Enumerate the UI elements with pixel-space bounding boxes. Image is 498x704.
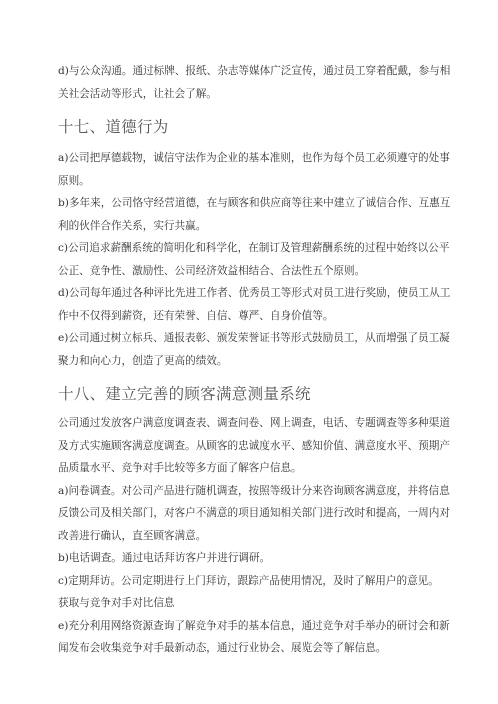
section-17-heading: 十七、道德行为 <box>58 115 444 139</box>
section-18-item-b: b)电话调查。通过电话拜访客户并进行调研。 <box>58 547 444 570</box>
text-line: 作中不仅得到薪资，还有荣誉、自信、尊严、自身价值等。 <box>58 305 444 328</box>
text-line: c)定期拜访。公司定期进行上门拜访，跟踪产品使用情况，及时了解用户的意见。 <box>58 570 444 593</box>
text-line: c)公司追求薪酬系统的简明化和科学化，在制订及管理薪酬系统的过程中始终以公平 <box>58 237 444 260</box>
text-line: 公司通过发放客户满意度调查表、调查问卷、网上调查，电话、专题调查等多种渠道 <box>58 412 444 435</box>
section-17-item-a: a)公司把厚德载物，诚信守法作为企业的基本准则，也作为每个员工必须遵守的处事 原… <box>58 147 444 192</box>
text-line: 公正、竞争性、激励性、公司经济效益相结合、合法性五个原则。 <box>58 260 444 283</box>
section-18-subheading: 获取与竞争对手对比信息 <box>58 592 444 615</box>
text-line: 品质量水平、竞争对手比较等多方面了解客户信息。 <box>58 457 444 480</box>
section-18-item-a: a)问卷调查。对公司产品进行随机调查，按照等级计分来咨询顾客满意度，并将信息 反… <box>58 480 444 548</box>
text-line: 利的伙伴合作关系，实行共赢。 <box>58 215 444 238</box>
section-18-item-e: e)充分利用网络资源查询了解竞争对手的基本信息，通过竞争对手举办的研讨会和新 闻… <box>58 615 444 660</box>
text-line: b)电话调查。通过电话拜访客户并进行调研。 <box>58 547 444 570</box>
text-line: 闻发布会收集竞争对手最新动态，通过行业协会、展览会等了解信息。 <box>58 637 444 660</box>
section-17-item-c: c)公司追求薪酬系统的简明化和科学化，在制订及管理薪酬系统的过程中始终以公平 公… <box>58 237 444 282</box>
section-18-item-c: c)定期拜访。公司定期进行上门拜访，跟踪产品使用情况，及时了解用户的意见。 <box>58 570 444 593</box>
document-page: d)与公众沟通。通过标牌、报纸、杂志等媒体广泛宣传，通过员工穿着配戴，参与相 关… <box>0 0 498 704</box>
document-content: d)与公众沟通。通过标牌、报纸、杂志等媒体广泛宣传，通过员工穿着配戴，参与相 关… <box>58 60 444 660</box>
section-17-item-d: d)公司每年通过各种评比先进工作者、优秀员工等形式对员工进行奖励，使员工从工 作… <box>58 282 444 327</box>
text-line: b)多年来，公司恪守经营道德，在与顾客和供应商等往来中建立了诚信合作、互惠互 <box>58 192 444 215</box>
section-17-item-b: b)多年来，公司恪守经营道德，在与顾客和供应商等往来中建立了诚信合作、互惠互 利… <box>58 192 444 237</box>
text-line: 及方式实施顾客满意度调查。从顾客的忠诚度水平、感知价值、满意度水平、预期产 <box>58 435 444 458</box>
intro-paragraph: d)与公众沟通。通过标牌、报纸、杂志等媒体广泛宣传，通过员工穿着配戴，参与相 关… <box>58 60 444 105</box>
section-18-heading: 十八、建立完善的顾客满意测量系统 <box>58 382 444 406</box>
text-line: e)公司通过树立标兵、通报表彰、颁发荣誉证书等形式鼓励员工，从而增强了员工凝 <box>58 327 444 350</box>
section-18-intro: 公司通过发放客户满意度调查表、调查问卷、网上调查，电话、专题调查等多种渠道 及方… <box>58 412 444 480</box>
section-17-item-e: e)公司通过树立标兵、通报表彰、颁发荣誉证书等形式鼓励员工，从而增强了员工凝 聚… <box>58 327 444 372</box>
text-line: 反馈公司及相关部门，对客户不满意的项目通知相关部门进行改时和提高，一周内对 <box>58 502 444 525</box>
text-line: 获取与竞争对手对比信息 <box>58 592 444 615</box>
text-line: a)公司把厚德载物，诚信守法作为企业的基本准则，也作为每个员工必须遵守的处事 <box>58 147 444 170</box>
text-line: 关社会活动等形式，让社会了解。 <box>58 83 444 106</box>
text-line: e)充分利用网络资源查询了解竞争对手的基本信息，通过竞争对手举办的研讨会和新 <box>58 615 444 638</box>
text-line: 改善进行确认，直至顾客满意。 <box>58 525 444 548</box>
text-line: d)公司每年通过各种评比先进工作者、优秀员工等形式对员工进行奖励，使员工从工 <box>58 282 444 305</box>
text-line: d)与公众沟通。通过标牌、报纸、杂志等媒体广泛宣传，通过员工穿着配戴，参与相 <box>58 60 444 83</box>
text-line: 原则。 <box>58 170 444 193</box>
text-line: 聚力和向心力，创造了更高的绩效。 <box>58 350 444 373</box>
text-line: a)问卷调查。对公司产品进行随机调查，按照等级计分来咨询顾客满意度，并将信息 <box>58 480 444 503</box>
